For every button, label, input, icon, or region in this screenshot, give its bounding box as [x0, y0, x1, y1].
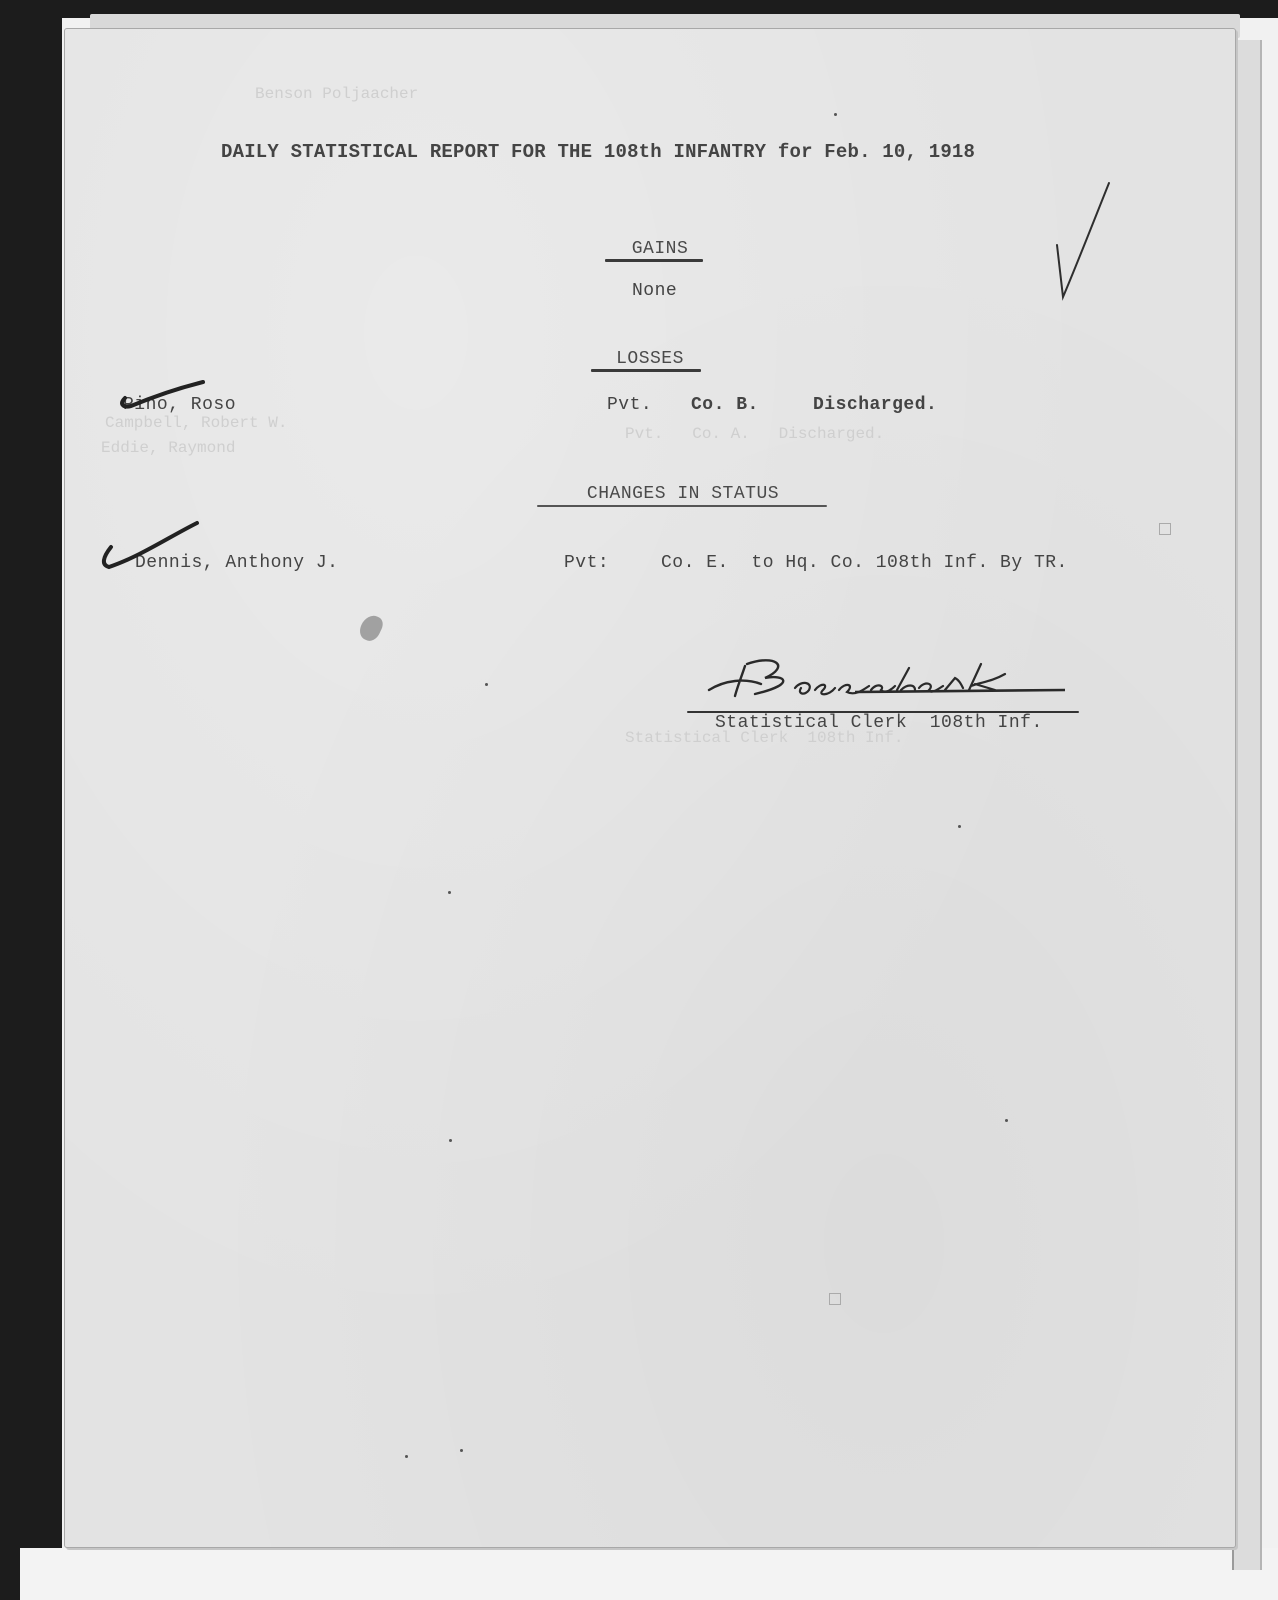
ink-stain	[356, 612, 385, 644]
underlying-sheet-right-edge	[1232, 40, 1262, 1570]
report-title: DAILY STATISTICAL REPORT FOR THE 108th I…	[221, 141, 975, 163]
checkmark-pino-icon	[115, 374, 215, 414]
losses-status: Discharged.	[813, 395, 937, 415]
changes-rank: Pvt:	[564, 553, 609, 573]
checkmark-dennis-icon	[99, 517, 209, 577]
speck	[405, 1455, 408, 1458]
losses-underline	[591, 369, 701, 372]
bleed-through-text: Eddie, Raymond	[101, 439, 235, 457]
losses-company: Co. B.	[691, 395, 759, 415]
scanner-background-left	[0, 0, 62, 1600]
gains-underline	[605, 259, 703, 262]
losses-heading: LOSSES	[605, 349, 695, 369]
handwritten-signature	[705, 644, 1085, 714]
speck	[448, 891, 451, 894]
bleed-through-text: Campbell, Robert W.	[105, 414, 287, 432]
faint-stamp	[829, 1293, 841, 1305]
bleed-through-text: Benson Poljaacher	[255, 85, 418, 103]
scanner-background-bottom	[20, 1548, 1278, 1600]
speck	[460, 1449, 463, 1452]
speck	[1005, 1119, 1008, 1122]
losses-rank: Pvt.	[607, 395, 652, 415]
checkmark-top-right-icon	[1045, 179, 1115, 309]
changes-detail: Co. E. to Hq. Co. 108th Inf. By TR.	[661, 553, 1068, 573]
gains-value: None	[632, 281, 677, 301]
speck	[485, 683, 488, 686]
speck	[958, 825, 961, 828]
document-page: Benson Poljaacher Campbell, Robert W. Ed…	[64, 28, 1236, 1548]
signature-title: Statistical Clerk 108th Inf.	[715, 713, 1043, 733]
scanned-document: Benson Poljaacher Campbell, Robert W. Ed…	[0, 0, 1278, 1600]
bleed-through-text: Pvt. Co. A. Discharged.	[625, 425, 884, 443]
speck	[449, 1139, 452, 1142]
gains-heading: GAINS	[615, 239, 705, 259]
changes-underline	[537, 505, 827, 507]
changes-in-status-heading: CHANGES IN STATUS	[563, 484, 803, 504]
faint-stamp	[1159, 523, 1171, 535]
speck	[834, 113, 837, 116]
